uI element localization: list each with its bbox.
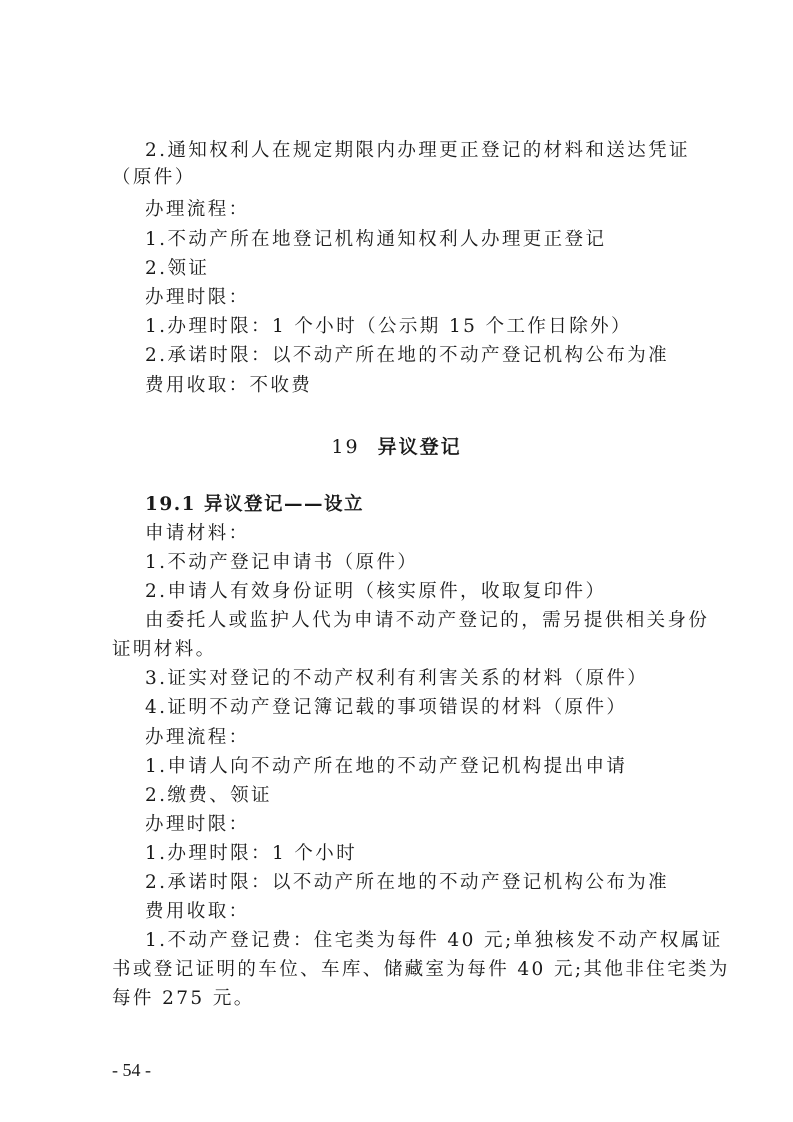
paragraph: 由委托人或监护人代为申请不动产登记的，需另提供相关身份	[145, 609, 709, 633]
section-heading: 19.1 异议登记——设立	[145, 493, 364, 517]
paragraph: （原件）	[112, 166, 196, 190]
list-item: 2.缴费、领证	[145, 784, 272, 808]
list-item: 1.办理时限：1 个小时（公示期 15 个工作日除外）	[145, 315, 632, 339]
fee-line: 费用收取：不收费	[145, 374, 312, 398]
label: 办理时限：	[145, 286, 250, 310]
list-item: 1.不动产登记申请书（原件）	[145, 551, 418, 575]
list-item: 1.办理时限：1 个小时	[145, 842, 357, 866]
label: 费用收取：	[145, 900, 250, 924]
paragraph: 每件 275 元。	[112, 987, 255, 1011]
chapter-heading: 19异议登记	[0, 432, 793, 459]
list-item: 4.证明不动产登记簿记载的事项错误的材料（原件）	[145, 696, 627, 720]
list-item: 2.申请人有效身份证明（核实原件，收取复印件）	[145, 580, 606, 604]
list-item: 1.申请人向不动产所在地的不动产登记机构提出申请	[145, 755, 627, 779]
list-item: 3.证实对登记的不动产权利有利害关系的材料（原件）	[145, 667, 648, 691]
paragraph: 书或登记证明的车位、车库、储藏室为每件 40 元;其他非住宅类为	[112, 958, 730, 982]
paragraph: 证明材料。	[112, 638, 217, 662]
chapter-number: 19	[331, 436, 359, 458]
paragraph: 2.通知权利人在规定期限内办理更正登记的材料和送达凭证	[145, 139, 690, 163]
list-item: 2.领证	[145, 257, 209, 281]
label: 办理流程：	[145, 726, 250, 750]
list-item: 2.承诺时限：以不动产所在地的不动产登记机构公布为准	[145, 344, 669, 368]
list-item: 1.不动产所在地登记机构通知权利人办理更正登记	[145, 228, 606, 252]
label: 申请材料：	[145, 522, 250, 546]
list-item: 2.承诺时限：以不动产所在地的不动产登记机构公布为准	[145, 871, 669, 895]
page-number: - 54 -	[112, 1060, 151, 1081]
label: 办理流程：	[145, 198, 250, 222]
paragraph: 1.不动产登记费：住宅类为每件 40 元;单独核发不动产权属证	[145, 929, 723, 953]
chapter-title: 异议登记	[378, 436, 462, 458]
label: 办理时限：	[145, 813, 250, 837]
